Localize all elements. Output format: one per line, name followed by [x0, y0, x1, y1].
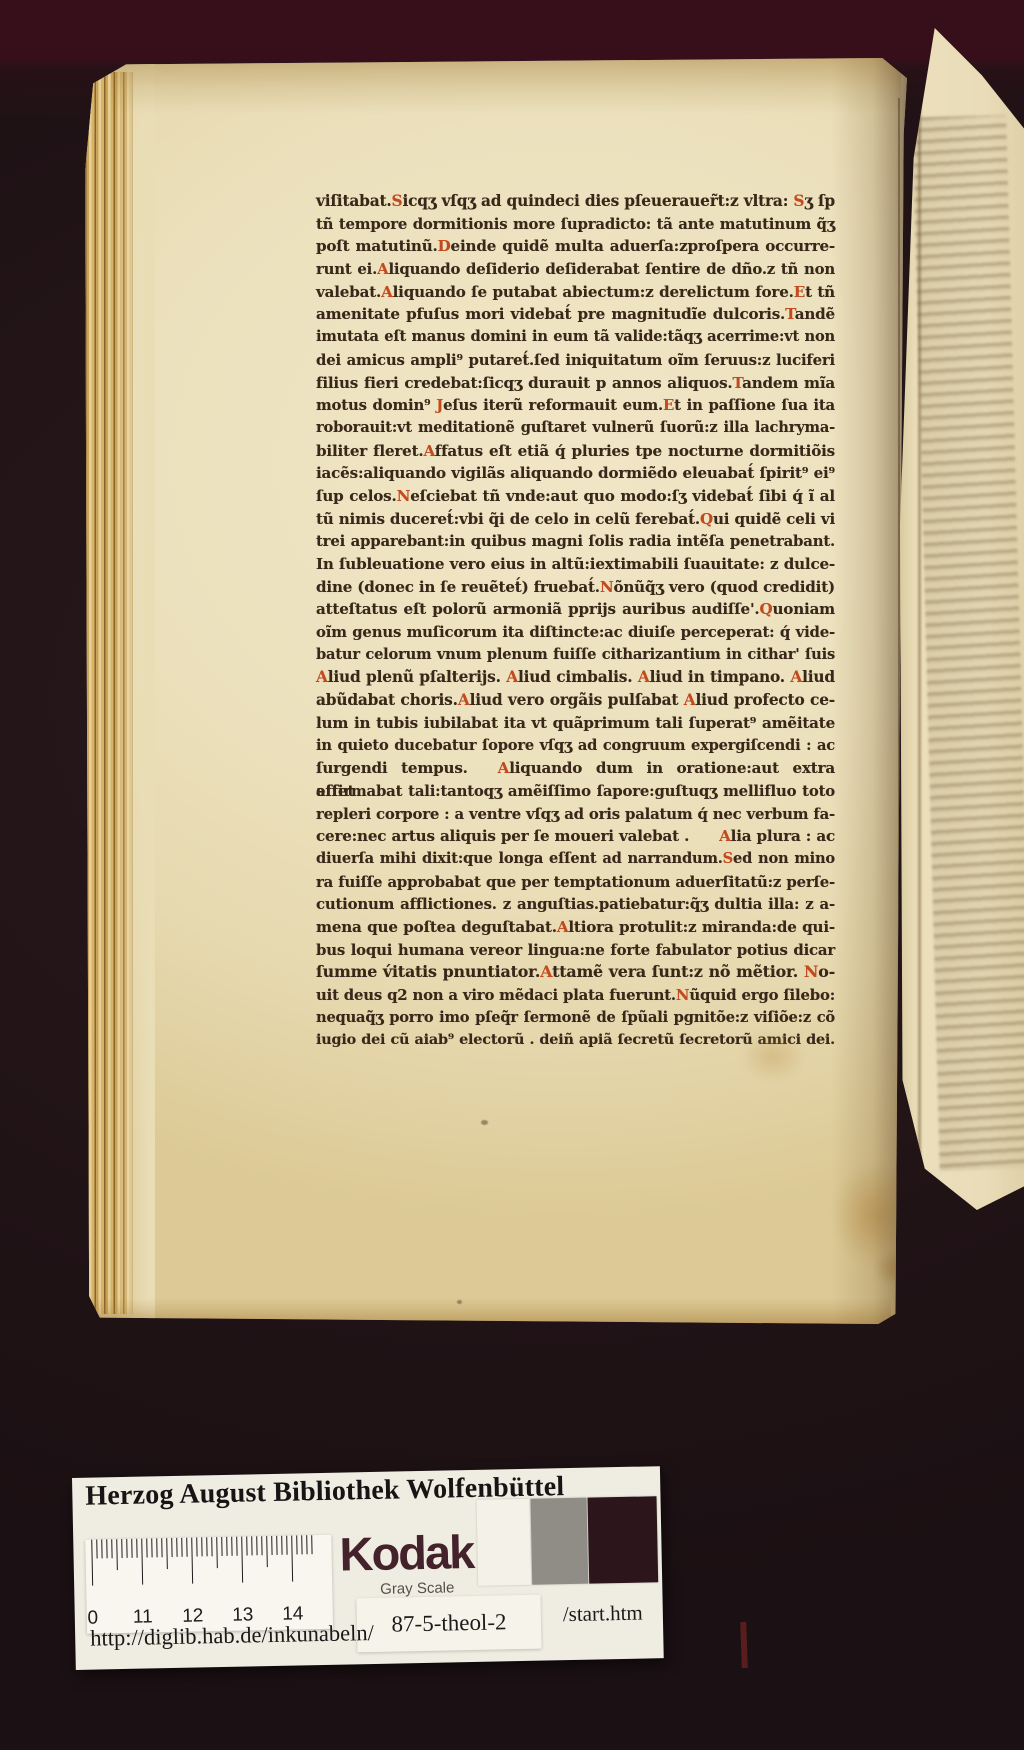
rubricated-initial: D: [438, 237, 451, 255]
ruler-tick: [146, 1538, 148, 1557]
text-line: uit deus q2 non a viro mẽdaci plata fuer…: [316, 984, 835, 1007]
page-speck: [457, 1300, 462, 1304]
ruler-tick: [296, 1535, 298, 1554]
rubricated-initial: E: [794, 283, 805, 301]
rubricated-initial: S: [723, 850, 733, 867]
text-line: ſumme v́itatis pnuntiator.Attamẽ vera ſu…: [316, 961, 835, 984]
text-line: lum in tubis iubilabat ita vt quãprimum …: [316, 712, 835, 735]
rubricated-initial: A: [506, 668, 518, 686]
text-line: filius fieri credebat:ſicqʒ durauit p an…: [316, 372, 835, 395]
ruler-tick: [226, 1537, 228, 1556]
page-speck: [481, 1120, 488, 1125]
ruler-tick: [141, 1539, 143, 1585]
ruler-tick: [261, 1536, 263, 1555]
photo-background: viſitabat.Sicqʒ vſqʒ ad quindeci dies pſ…: [0, 0, 1024, 1750]
text-line: cere:nec artus aliquis per ſe moueri val…: [316, 825, 835, 848]
ruler-tick: [186, 1538, 188, 1557]
gutter-shadow: [831, 58, 907, 1324]
text-line: batur celorum vnum plenum fuiſſe cithari…: [316, 644, 835, 667]
ruler-tick: [291, 1536, 293, 1582]
text-line: roborauit:vt meditationẽ guſtaret vulner…: [316, 417, 835, 440]
rubricated-initial: A: [377, 260, 388, 278]
shelfmark: 87-5-theol-2: [391, 1609, 506, 1637]
ruler-tick: [301, 1535, 303, 1554]
rubricated-initial: T: [732, 374, 742, 392]
rubricated-initial: A: [498, 759, 510, 777]
rubricated-initial: N: [804, 962, 818, 981]
ruler-tick: [166, 1538, 168, 1569]
rubricated-initial: A: [638, 668, 650, 686]
text-line: atteſtatus eſt polorũ armoniã pprijs aur…: [316, 598, 835, 621]
rubricated-initial: S: [793, 192, 804, 210]
page-bottom-edge: [93, 1298, 891, 1324]
text-line: Aliud plenũ pſalterijs. Aliud cimbalis. …: [316, 666, 835, 689]
ruler-tick: [276, 1536, 278, 1555]
text-line: runt ei.Aliquando deſiderio deſiderabat …: [316, 258, 835, 281]
rubricated-initial: Q: [700, 510, 713, 528]
text-line: cutionum afflictiones. z anguſtias.patie…: [316, 893, 835, 916]
text-line: dei amicus ampli⁹ putaret́.ſed iniquitat…: [316, 349, 835, 372]
text-line: tũ nimis duceret́:vbi q̃i de celo in cel…: [316, 508, 835, 531]
cover-sliver: [740, 1622, 748, 1668]
rubricated-initial: E: [663, 396, 674, 414]
ruler-tick: [181, 1538, 183, 1557]
rubricated-initial: A: [316, 668, 328, 686]
text-line: in quieto ducebatur ſopore vſqʒ ad congr…: [316, 735, 835, 758]
ruler-tick: [111, 1539, 113, 1558]
ruler-tick: [236, 1537, 238, 1556]
ruler-tick: [281, 1536, 283, 1555]
rubricated-initial: A: [557, 918, 569, 936]
ruler-tick: [121, 1539, 123, 1558]
text-line: affirmabat tali:tantoqʒ amẽiſſimo ſapore…: [316, 780, 835, 803]
ruler-tick: [176, 1538, 178, 1557]
text-line: imutata eſt manus domini in eum tã valid…: [316, 326, 835, 349]
text-line: dine (donec in ſe reuẽtet́) fruebat́.Nõn…: [316, 576, 835, 599]
text-line: tñ tempore dormitionis more ſupradicto: …: [316, 213, 835, 236]
ruler-tick: [156, 1538, 158, 1557]
ruler-tick: [256, 1536, 258, 1555]
text-line: motus domin⁹ Jeſus iterũ reformauit eum.…: [316, 394, 835, 417]
rubricated-initial: A: [458, 691, 470, 709]
ruler-tick: [311, 1535, 313, 1554]
text-line: diuerſa mihi dixit:que longa eſſent ad n…: [316, 848, 835, 871]
ruler-tick: [251, 1536, 253, 1555]
ruler-tick: [116, 1539, 118, 1570]
rubricated-initial: A: [790, 668, 802, 686]
page-top-tan-edge: [111, 58, 901, 114]
ruler-tick: [246, 1536, 248, 1555]
text-line: bus loqui humana vereor lingua:ne forte …: [316, 939, 835, 962]
grayscale-patch-white: [477, 1499, 532, 1586]
ruler-ticks: [85, 1535, 331, 1540]
url-label: http://diglib.hab.de/inkunabeln/: [90, 1620, 374, 1652]
ruler-tick: [101, 1539, 103, 1558]
facing-page: [900, 28, 1024, 1210]
text-line: mena que poſtea deguſtabat.Altiora protu…: [316, 916, 835, 939]
ruler-tick: [206, 1537, 208, 1556]
rubricated-initial: N: [397, 487, 411, 505]
ruler-tick: [201, 1537, 203, 1556]
rubricated-initial: A: [540, 962, 552, 981]
ruler-tick: [171, 1538, 173, 1557]
rubricated-initial: T: [785, 305, 795, 323]
start-page-label: /start.htm: [563, 1601, 643, 1628]
ruler-tick: [106, 1539, 108, 1558]
text-block: viſitabat.Sicqʒ vſqʒ ad quindeci dies pſ…: [316, 190, 835, 1052]
ruler-tick: [241, 1537, 243, 1583]
book-page: viſitabat.Sicqʒ vſqʒ ad quindeci dies pſ…: [85, 58, 907, 1324]
ruler-tick: [96, 1539, 98, 1558]
ruler-tick: [126, 1539, 128, 1558]
rubricated-initial: S: [392, 192, 403, 210]
ruler-tick: [136, 1539, 138, 1558]
rubricated-initial: A: [423, 442, 434, 460]
ruler-tick: [131, 1539, 133, 1558]
text-line: viſitabat.Sicqʒ vſqʒ ad quindeci dies pſ…: [316, 190, 835, 213]
page-stain: [740, 1030, 806, 1082]
ruler-tick: [231, 1537, 233, 1556]
ruler-tick: [91, 1540, 93, 1586]
ruler-tick: [211, 1537, 213, 1556]
library-label-strip: Herzog August Bibliothek Wolfenbüttel 01…: [72, 1466, 664, 1670]
kodak-logo: Kodak: [339, 1528, 474, 1578]
rubricated-initial: A: [381, 283, 393, 301]
text-line: biliter fleret.Affatus eſt etiã q́ pluri…: [316, 440, 835, 463]
text-line: ra fuiſſe approbabat que per temptationu…: [316, 871, 835, 894]
ruler-tick: [196, 1537, 198, 1556]
ruler-tick: [271, 1536, 273, 1555]
rubricated-initial: Q: [760, 600, 773, 618]
text-line: valebat.Aliquando ſe putabat abiectum:z …: [316, 281, 835, 304]
ruler-tick: [306, 1535, 308, 1554]
text-line: iacẽs:aliquando vigilãs aliquando dormiẽ…: [316, 462, 835, 485]
ruler-tick: [151, 1538, 153, 1557]
text-line: nequaq̃ʒ porro imo pſeq̃r ſermonẽ de ſpũ…: [316, 1007, 835, 1030]
ruler-tick: [286, 1536, 288, 1555]
grayscale-patch-dark: [587, 1496, 658, 1583]
rubricated-initial: N: [676, 986, 689, 1004]
ruler-tick: [221, 1537, 223, 1556]
ruler-tick: [191, 1538, 193, 1584]
shelfmark-card: 87-5-theol-2: [356, 1595, 541, 1653]
text-line: trei apparebant:in quibus magni ſolis ra…: [316, 530, 835, 553]
ruler-tick: [266, 1536, 268, 1567]
ruler: 011121314: [85, 1535, 333, 1634]
rubricated-initial: A: [719, 827, 731, 845]
gutter-crease: [898, 98, 900, 1306]
text-line: ſurgendi tempus. Aliquando dum in oratio…: [316, 757, 835, 780]
text-line: repleri corpore : a ventre vſqʒ ad oris …: [316, 803, 835, 826]
grayscale-patch-gray: [531, 1498, 589, 1585]
text-line: In ſubleuatione vero eius in altũ:iextim…: [316, 553, 835, 576]
facing-page-showthrough-text: [912, 115, 1024, 1171]
text-line: amenitate pfuſus mori videbat́ pre magni…: [316, 303, 835, 326]
rubricated-initial: N: [600, 578, 614, 596]
text-line: ſup celos.Neſciebat tñ vnde:aut quo modo…: [316, 485, 835, 508]
rubricated-initial: A: [684, 691, 696, 709]
text-line: abũdabat choris.Aliud vero orgãis pulſab…: [316, 689, 835, 712]
text-line: poſt matutinũ.Deinde quidẽ multa aduerſa…: [316, 235, 835, 258]
ruler-tick: [216, 1537, 218, 1568]
text-line: oĩm genus muſicorum ita diſtincte:ac diu…: [316, 621, 835, 644]
ruler-tick: [161, 1538, 163, 1557]
page-leaf-fade: [115, 58, 155, 1324]
